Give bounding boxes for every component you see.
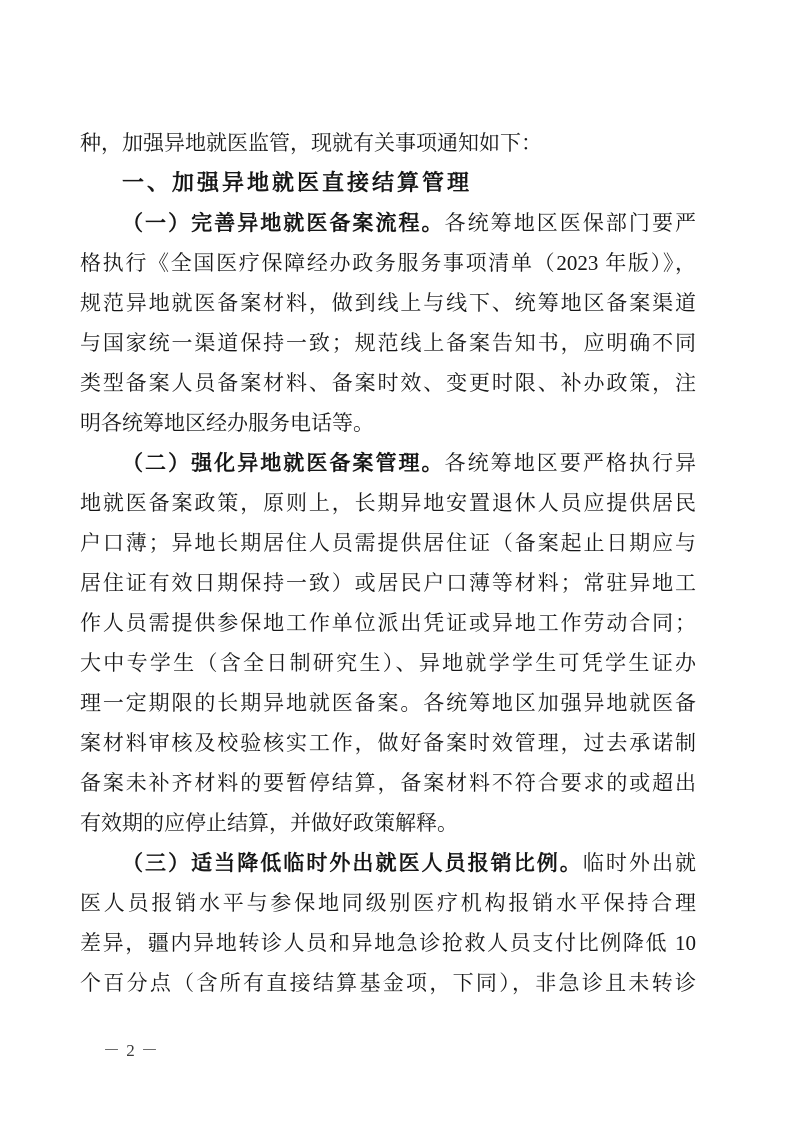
bold-lead-text: （一）完善异地就医备案流程。 [122, 212, 445, 235]
text-line: 地就医备案政策，原则上，长期异地安置退休人员应提供居民 [80, 483, 696, 523]
body-text: 差异，疆内异地转诊人员和异地急诊抢救人员支付比例降低 10 [80, 931, 696, 955]
body-text: 临时外出就 [583, 851, 696, 875]
body-text: 各统筹地区要严格执行异 [445, 451, 696, 475]
text-line: （二）强化异地就医备案管理。各统筹地区要严格执行异 [80, 443, 696, 483]
bold-lead-text: （二）强化异地就医备案管理。 [122, 452, 445, 475]
text-line: 居住证有效日期保持一致）或居民户口薄等材料；常驻异地工 [80, 563, 696, 603]
text-line: 有效期的应停止结算，并做好政策解释。 [80, 803, 696, 843]
text-line: 作人员需提供参保地工作单位派出凭证或异地工作劳动合同； [80, 603, 696, 643]
body-text: 居住证有效日期保持一致）或居民户口薄等材料；常驻异地工 [80, 571, 696, 595]
text-line: （三）适当降低临时外出就医人员报销比例。临时外出就 [80, 843, 696, 883]
text-line: 规范异地就医备案材料，做到线上与线下、统筹地区备案渠道 [80, 283, 696, 323]
section-heading: 一、加强异地就医直接结算管理 [80, 163, 696, 203]
text-line: 格执行《全国医疗保障经办政务服务事项清单（2023 年版）》， [80, 243, 696, 283]
body-text: 有效期的应停止结算，并做好政策解释。 [80, 811, 458, 835]
body-text: 格执行《全国医疗保障经办政务服务事项清单（2023 年版）》， [80, 251, 696, 275]
body-text: 种，加强异地就医监管，现就有关事项通知如下： [80, 131, 542, 155]
text-line: （一）完善异地就医备案流程。各统筹地区医保部门要严 [80, 203, 696, 243]
body-text: 明各统筹地区经办服务电话等。 [80, 411, 374, 435]
text-line: 类型备案人员备案材料、备案时效、变更时限、补办政策，注 [80, 363, 696, 403]
text-line: 户口薄；异地长期居住人员需提供居住证（备案起止日期应与 [80, 523, 696, 563]
text-line: 差异，疆内异地转诊人员和异地急诊抢救人员支付比例降低 10 [80, 923, 696, 963]
body-text: 医人员报销水平与参保地同级别医疗机构报销水平保持合理 [80, 891, 696, 915]
body-text: 户口薄；异地长期居住人员需提供居住证（备案起止日期应与 [80, 531, 696, 555]
body-text: 类型备案人员备案材料、备案时效、变更时限、补办政策，注 [80, 371, 696, 395]
body-text: 规范异地就医备案材料，做到线上与线下、统筹地区备案渠道 [80, 291, 696, 315]
body-text: 个百分点（含所有直接结算基金项，下同），非急诊且未转诊 [80, 971, 696, 995]
text-line: 医人员报销水平与参保地同级别医疗机构报销水平保持合理 [80, 883, 696, 923]
document-page: 种，加强异地就医监管，现就有关事项通知如下：一、加强异地就医直接结算管理（一）完… [0, 0, 793, 1122]
bold-lead-text: （三）适当降低临时外出就医人员报销比例。 [122, 852, 583, 875]
page-number: － 2 － [103, 1041, 159, 1061]
body-text: 与国家统一渠道保持一致；规范线上备案告知书，应明确不同 [80, 331, 696, 355]
body-text: 各统筹地区医保部门要严 [445, 211, 696, 235]
text-line: 案材料审核及校验核实工作，做好备案时效管理，过去承诺制 [80, 723, 696, 763]
body-text: 备案未补齐材料的要暂停结算，备案材料不符合要求的或超出 [80, 771, 696, 795]
body-text: 理一定期限的长期异地就医备案。各统筹地区加强异地就医备 [80, 691, 696, 715]
body-text: 地就医备案政策，原则上，长期异地安置退休人员应提供居民 [80, 491, 696, 515]
text-line: 明各统筹地区经办服务电话等。 [80, 403, 696, 443]
bold-lead-text: 一、加强异地就医直接结算管理 [122, 170, 472, 195]
document-body: 种，加强异地就医监管，现就有关事项通知如下：一、加强异地就医直接结算管理（一）完… [80, 123, 696, 1003]
text-line: 与国家统一渠道保持一致；规范线上备案告知书，应明确不同 [80, 323, 696, 363]
text-line: 理一定期限的长期异地就医备案。各统筹地区加强异地就医备 [80, 683, 696, 723]
text-line: 个百分点（含所有直接结算基金项，下同），非急诊且未转诊 [80, 963, 696, 1003]
text-line: 种，加强异地就医监管，现就有关事项通知如下： [80, 123, 696, 163]
text-line: 备案未补齐材料的要暂停结算，备案材料不符合要求的或超出 [80, 763, 696, 803]
body-text: 案材料审核及校验核实工作，做好备案时效管理，过去承诺制 [80, 731, 696, 755]
text-line: 大中专学生（含全日制研究生）、异地就学学生可凭学生证办 [80, 643, 696, 683]
body-text: 作人员需提供参保地工作单位派出凭证或异地工作劳动合同； [80, 611, 696, 635]
body-text: 大中专学生（含全日制研究生）、异地就学学生可凭学生证办 [80, 651, 696, 675]
